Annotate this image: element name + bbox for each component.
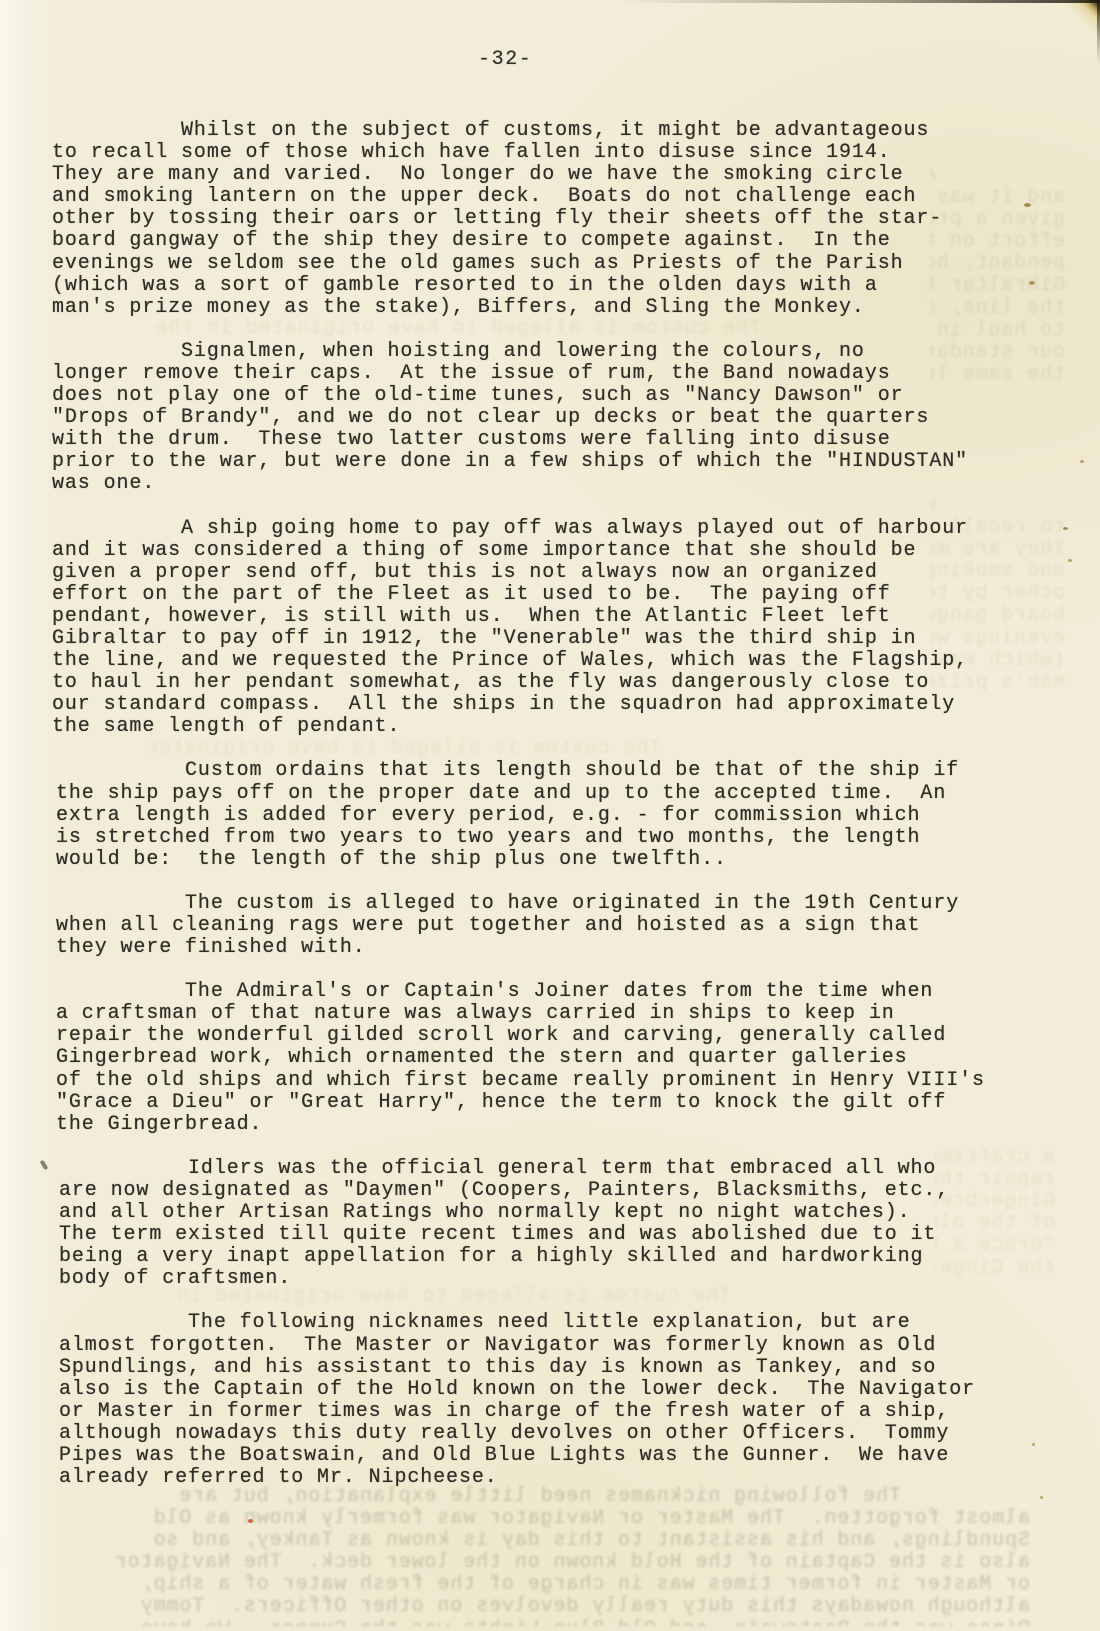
paragraph-customs-disuse: Whilst on the subject of customs, it mig…: [52, 120, 1012, 319]
document-page: -32- Whilst on the subject of customs, i…: [0, 0, 1100, 1631]
page-corner-fold: [1048, 0, 1100, 46]
paragraph-paying-off: A ship going home to pay off was always …: [52, 518, 1012, 739]
paper-speck: [1080, 460, 1084, 463]
document-body: Whilst on the subject of customs, it mig…: [52, 120, 1012, 1511]
page-number: -32-: [478, 48, 532, 72]
paragraph-admirals-joiner: The Admiral's or Captain's Joiner dates …: [56, 981, 1012, 1136]
paper-speck: [1068, 559, 1072, 562]
paper-speck: [1040, 1496, 1043, 1499]
paper-speck: [248, 1519, 253, 1523]
paragraph-idlers: Idlers was the official general term tha…: [59, 1158, 1012, 1291]
pencil-tick-mark: [40, 1160, 49, 1171]
paper-speck: [1032, 1443, 1035, 1446]
scan-top-edge-shadow: [620, 0, 1100, 3]
paper-speck: [1063, 527, 1068, 530]
paragraph-pendant-length: Custom ordains that its length should be…: [56, 760, 1012, 870]
paragraph-nicknames: The following nicknames need little expl…: [59, 1312, 1012, 1489]
paragraph-custom-origin: The custom is alleged to have originated…: [56, 893, 1012, 959]
paper-speck: [1029, 281, 1035, 285]
paper-speck: [1024, 203, 1031, 207]
paragraph-signalmen: Signalmen, when hoisting and lowering th…: [52, 341, 1012, 496]
